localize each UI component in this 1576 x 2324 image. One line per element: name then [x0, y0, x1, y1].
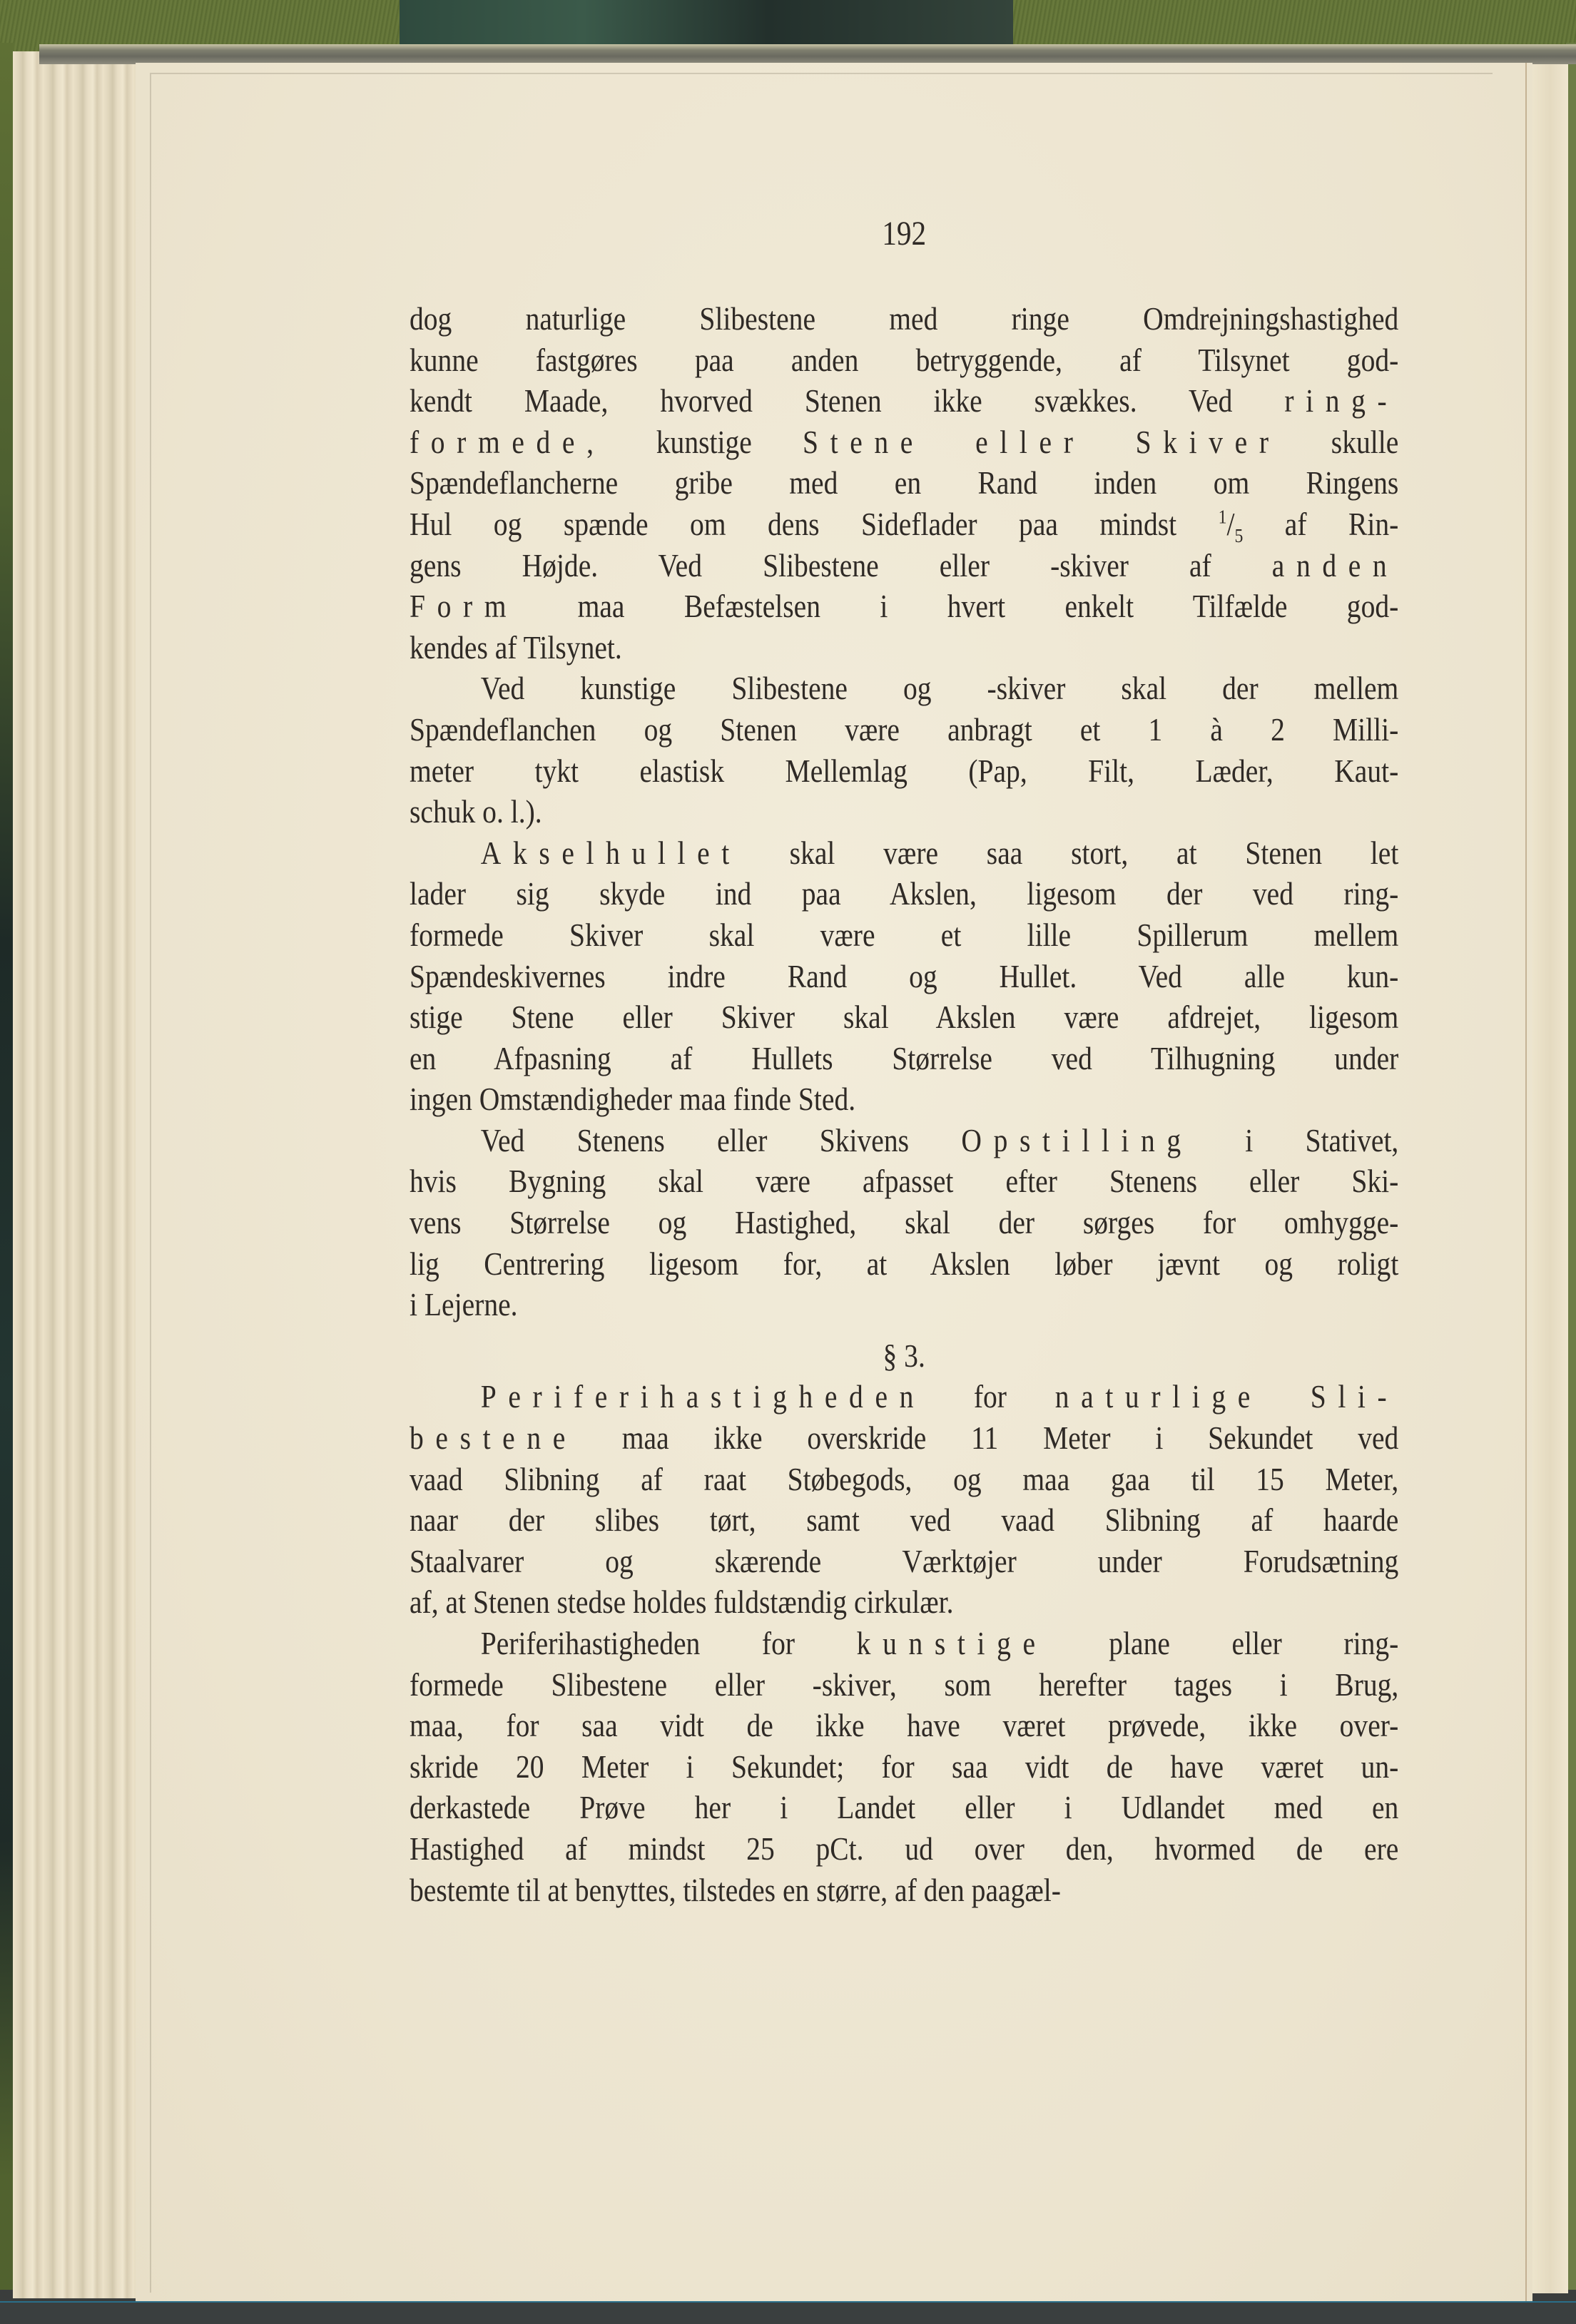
text-line: derkastede Prøve her i Landet eller i Ud… [410, 1787, 1398, 1828]
spaced-emphasis: Akselhullet [481, 835, 741, 871]
paragraph: Akselhullet skal være saa stort, at Sten… [410, 832, 1398, 1120]
text-line: i Lejerne. [410, 1284, 1398, 1325]
page-right-edge [1532, 64, 1568, 2293]
text-line: lig Centrering ligesom for, at Akslen lø… [410, 1243, 1398, 1285]
text-line: kendt Maade, hvorved Stenen ikke svækkes… [410, 380, 1398, 422]
fraction: 1/5 [1219, 506, 1244, 542]
paragraph: Periferihastigheden for naturlige Sli-be… [410, 1376, 1398, 1623]
text-line: kunne fastgøres paa anden betryggende, a… [410, 340, 1398, 381]
text-line: vens Størrelse og Hastighed, skal der sø… [410, 1202, 1398, 1243]
text-line: stige Stene eller Skiver skal Akslen vær… [410, 997, 1398, 1038]
text-line: en Afpasning af Hullets Størrelse ved Ti… [410, 1038, 1398, 1079]
spaced-emphasis: anden [1272, 547, 1399, 583]
text-line: skride 20 Meter i Sekundet; for saa vidt… [410, 1746, 1398, 1788]
text-line: Form maa Befæstelsen i hvert enkelt Tilf… [410, 586, 1398, 627]
text-line: Staalvarer og skærende Værktøjer under F… [410, 1541, 1398, 1582]
spaced-emphasis: kunstige [857, 1625, 1047, 1661]
page-fold-line [1525, 63, 1527, 2306]
text-line: naar der slibes tørt, samt ved vaad Slib… [410, 1499, 1398, 1541]
text-line: Akselhullet skal være saa stort, at Sten… [410, 832, 1398, 874]
text-line: Periferihastigheden for naturlige Sli- [410, 1376, 1398, 1417]
spaced-emphasis: formede, [410, 424, 606, 460]
spaced-emphasis: Opstilling [961, 1122, 1192, 1158]
text-line: hvis Bygning skal være afpasset efter St… [410, 1161, 1398, 1202]
spaced-emphasis: Form [410, 588, 518, 624]
text-line: ingen Omstændigheder maa finde Sted. [410, 1079, 1398, 1120]
scan-bottom-edge [0, 2301, 1576, 2324]
book-cover-left [0, 43, 14, 2290]
text-line: Ved kunstige Slibestene og -skiver skal … [410, 668, 1398, 709]
text-line: af, at Stenen stedse holdes fuldstændig … [410, 1581, 1398, 1623]
paragraph: Ved Stenens eller Skivens Opstilling i S… [410, 1120, 1398, 1325]
paragraph: Periferihastigheden for kunstige plane e… [410, 1623, 1398, 1910]
body-text: dog naturlige Slibestene med ringe Omdre… [410, 298, 1398, 1910]
text-line: Spændeflanchen og Stenen være anbragt et… [410, 709, 1398, 750]
text-line: Spændeskivernes indre Rand og Hullet. Ve… [410, 956, 1398, 997]
section-heading: § 3. [410, 1335, 1398, 1377]
spaced-emphasis: bestene [410, 1420, 577, 1456]
book-cover-marbled-edge [400, 0, 1013, 44]
spaced-emphasis: Sli- [1311, 1378, 1399, 1415]
book-headband [39, 44, 1576, 64]
spaced-emphasis: Skiver [1136, 424, 1281, 460]
text-line: maa, for saa vidt de ikke have været prø… [410, 1705, 1398, 1746]
text-line: vaad Slibning af raat Støbegods, og maa … [410, 1459, 1398, 1500]
text-line: formede Skiver skal være et lille Spille… [410, 914, 1398, 956]
text-line: Hul og spænde om dens Sideflader paa min… [410, 504, 1398, 545]
text-line: Ved Stenens eller Skivens Opstilling i S… [410, 1120, 1398, 1161]
text-line: bestene maa ikke overskride 11 Meter i S… [410, 1417, 1398, 1459]
spaced-emphasis: Periferihastigheden [481, 1378, 925, 1415]
text-line: kendes af Tilsynet. [410, 627, 1398, 668]
text-line: dog naturlige Slibestene med ringe Omdre… [410, 298, 1398, 340]
paragraph: dog naturlige Slibestene med ringe Omdre… [410, 298, 1398, 668]
spaced-emphasis: Stene [803, 424, 925, 460]
spaced-emphasis: eller [975, 424, 1084, 460]
text-column: 192 dog naturlige Slibestene med ringe O… [410, 213, 1398, 1910]
page-number: 192 [410, 213, 1398, 255]
paragraph: Ved kunstige Slibestene og -skiver skal … [410, 668, 1398, 832]
text-line: formede, kunstige Stene eller Skiver sku… [410, 422, 1398, 463]
text-line: lader sig skyde ind paa Akslen, ligesom … [410, 873, 1398, 914]
spaced-emphasis: ring- [1284, 382, 1398, 419]
text-line: formede Slibestene eller -skiver, som he… [410, 1664, 1398, 1706]
spaced-emphasis: naturlige [1055, 1378, 1262, 1415]
text-line: Spændeflancherne gribe med en Rand inden… [410, 462, 1398, 504]
text-line: Hastighed af mindst 25 pCt. ud over den,… [410, 1828, 1398, 1870]
text-line: schuk o. l.). [410, 791, 1398, 832]
text-line: meter tykt elastisk Mellemlag (Pap, Filt… [410, 750, 1398, 792]
text-line: Periferihastigheden for kunstige plane e… [410, 1623, 1398, 1664]
text-line: gens Højde. Ved Slibestene eller -skiver… [410, 545, 1398, 586]
stacked-page-edges [13, 51, 156, 2298]
text-line: bestemte til at benyttes, tilstedes en s… [410, 1870, 1398, 1911]
